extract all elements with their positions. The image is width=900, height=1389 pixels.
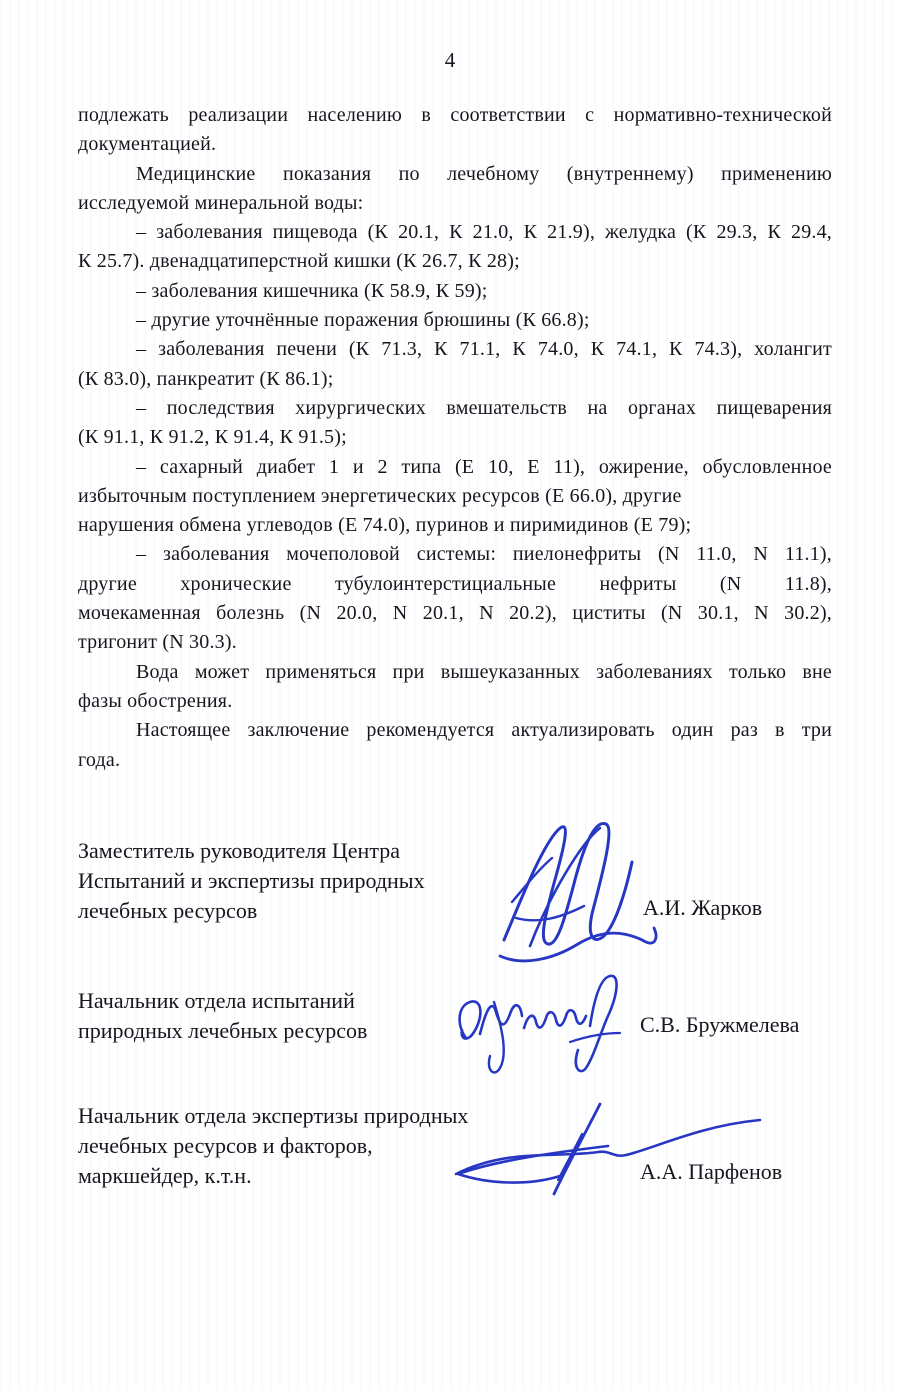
body-line: документацией. [78,130,832,159]
role-line: Начальник отдела экспертизы природных [78,1101,468,1131]
page-number: 4 [0,48,900,73]
signature-scribble-icon [448,1100,768,1200]
body-text: подлежать реализации населению в соответ… [78,101,832,775]
role-line: природных лечебных ресурсов [78,1016,367,1046]
signature-scribble-icon [450,972,638,1082]
body-line: – сахарный диабет 1 и 2 типа (Е 10, Е 11… [78,453,832,482]
body-line: – заболевания печени (К 71.3, К 71.1, К … [78,335,832,364]
signature-scribble-icon [494,818,666,966]
body-line: – заболевания мочеполовой системы: пиело… [78,540,832,569]
signatory-name-2: С.В. Бружмелева [640,1012,799,1038]
body-line: (К 83.0), панкреатит (К 86.1); [78,365,832,394]
signatory-name-1: А.И. Жарков [643,895,762,921]
body-line: – заболевания пищевода (К 20.1, К 21.0, … [78,218,832,247]
body-line: – последствия хирургических вмешательств… [78,394,832,423]
body-line: исследуемой минеральной воды: [78,189,832,218]
signatory-role-3: Начальник отдела экспертизы природныхлеч… [78,1101,468,1191]
body-line: года. [78,746,832,775]
body-line: другие хронические тубулоинтерстициальны… [78,570,832,599]
signatory-role-1: Заместитель руководителя ЦентраИспытаний… [78,836,425,926]
body-line: К 25.7). двенадцатиперстной кишки (К 26.… [78,247,832,276]
role-line: лечебных ресурсов [78,896,425,926]
body-line: мочекаменная болезнь (N 20.0, N 20.1, N … [78,599,832,628]
body-line: Вода может применяться при вышеуказанных… [78,658,832,687]
body-line: фазы обострения. [78,687,832,716]
body-line: подлежать реализации населению в соответ… [78,101,832,130]
document-page: 4 подлежать реализации населению в соотв… [0,0,900,1389]
body-line: Медицинские показания по лечебному (внут… [78,160,832,189]
role-line: маркшейдер, к.т.н. [78,1161,468,1191]
role-line: Начальник отдела испытаний [78,986,367,1016]
signatory-name-3: А.А. Парфенов [640,1159,782,1185]
body-line: избыточным поступлением энергетических р… [78,482,832,511]
signatory-role-2: Начальник отдела испытанийприродных лече… [78,986,367,1046]
body-line: (К 91.1, К 91.2, К 91.4, К 91.5); [78,423,832,452]
body-line: нарушения обмена углеводов (Е 74.0), пур… [78,511,832,540]
body-line: – заболевания кишечника (К 58.9, К 59); [78,277,832,306]
body-line: тригонит (N 30.3). [78,628,832,657]
role-line: лечебных ресурсов и факторов, [78,1131,468,1161]
body-line: – другие уточнённые поражения брюшины (К… [78,306,832,335]
role-line: Заместитель руководителя Центра [78,836,425,866]
role-line: Испытаний и экспертизы природных [78,866,425,896]
body-line: Настоящее заключение рекомендуется актуа… [78,716,832,745]
